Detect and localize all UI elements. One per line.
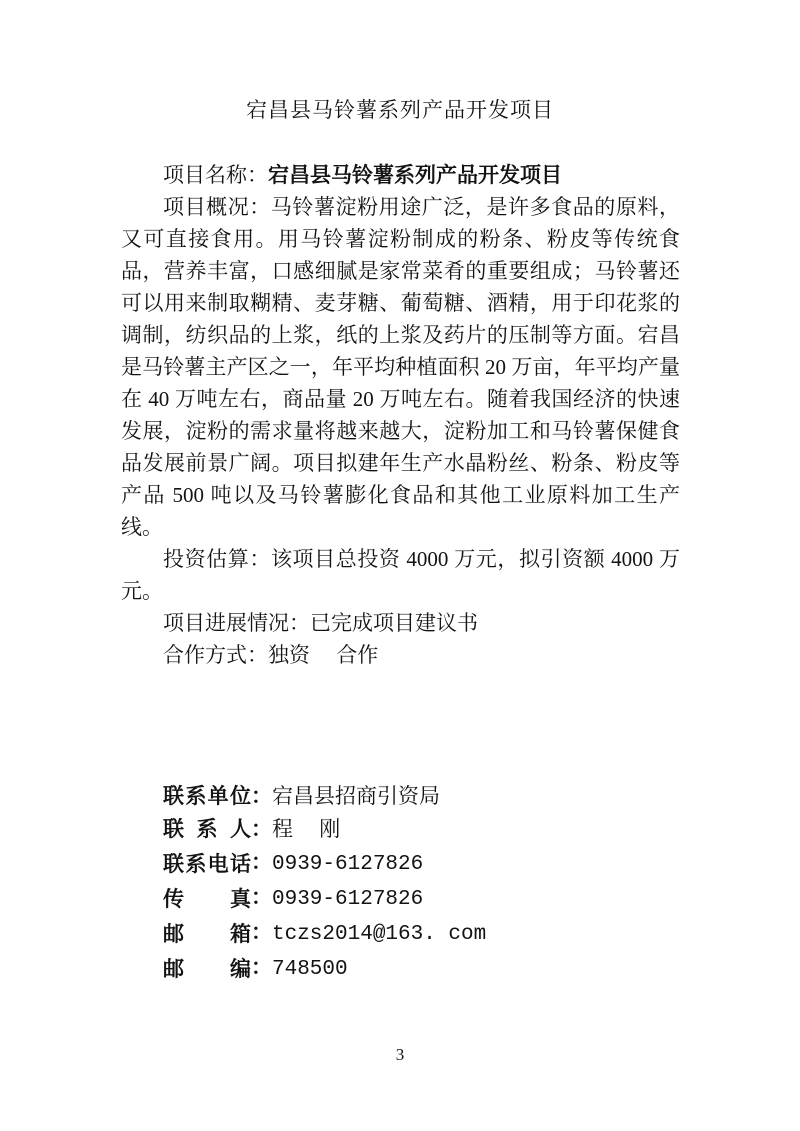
progress-text: 已完成项目建议书 (310, 611, 478, 635)
contact-row-zip: 邮编：748500 (121, 951, 680, 986)
cooperation-paragraph: 合作方式：独资 合作 (121, 639, 680, 671)
document-body: 项目名称：宕昌县马铃薯系列产品开发项目 项目概况：马铃薯淀粉用途广泛，是许多食品… (121, 159, 680, 671)
project-overview-label: 项目概况： (163, 195, 271, 219)
investment-label: 投资估算： (163, 547, 271, 571)
contact-unit-value: 宕昌县招商引资局 (272, 784, 440, 808)
document-title: 宕昌县马铃薯系列产品开发项目 (0, 0, 800, 126)
document-page: 宕昌县马铃薯系列产品开发项目 项目名称：宕昌县马铃薯系列产品开发项目 项目概况：… (0, 0, 800, 1131)
contact-zip-colon: ： (251, 955, 272, 979)
project-name-value: 宕昌县马铃薯系列产品开发项目 (268, 163, 562, 187)
contact-person-label: 联系人 (163, 813, 251, 846)
project-overview-paragraph: 项目概况：马铃薯淀粉用途广泛，是许多食品的原料，又可直接食用。用马铃薯淀粉制成的… (121, 191, 680, 543)
contact-fax-label: 传真 (163, 883, 251, 916)
contact-phone-colon: ： (251, 850, 272, 874)
project-name-label: 项目名称： (163, 163, 268, 187)
contact-unit-label: 联系单位 (163, 780, 251, 813)
contact-email-value: tczs2014@163. com (272, 923, 486, 946)
page-number: 3 (0, 1043, 800, 1067)
progress-paragraph: 项目进展情况：已完成项目建议书 (121, 607, 680, 639)
contact-fax-value: 0939-6127826 (272, 888, 423, 911)
contact-row-fax: 传真：0939-6127826 (121, 881, 680, 916)
contact-person-value: 程 刚 (272, 817, 340, 841)
contact-zip-value: 748500 (272, 958, 348, 981)
contact-unit-colon: ： (251, 784, 272, 808)
contact-row-phone: 联系电话：0939-6127826 (121, 846, 680, 881)
contact-phone-value: 0939-6127826 (272, 853, 423, 876)
contact-row-email: 邮箱：tczs2014@163. com (121, 916, 680, 951)
contact-person-colon: ： (251, 817, 272, 841)
project-overview-text: 马铃薯淀粉用途广泛，是许多食品的原料，又可直接食用。用马铃薯淀粉制成的粉条、粉皮… (121, 195, 680, 539)
contact-row-unit: 联系单位：宕昌县招商引资局 (121, 780, 680, 813)
contact-email-label: 邮箱 (163, 918, 251, 951)
contact-zip-label: 邮编 (163, 953, 251, 986)
cooperation-label: 合作方式： (163, 643, 268, 667)
project-name-line: 项目名称：宕昌县马铃薯系列产品开发项目 (121, 159, 680, 191)
contact-email-colon: ： (251, 920, 272, 944)
cooperation-text: 独资 合作 (268, 643, 378, 667)
contact-row-person: 联系人：程 刚 (121, 813, 680, 846)
progress-label: 项目进展情况： (163, 611, 310, 635)
contact-block: 联系单位：宕昌县招商引资局 联系人：程 刚 联系电话：0939-6127826 … (121, 780, 680, 986)
investment-paragraph: 投资估算：该项目总投资 4000 万元，拟引资额 4000 万元。 (121, 543, 680, 607)
contact-fax-colon: ： (251, 885, 272, 909)
contact-phone-label: 联系电话 (163, 848, 251, 881)
